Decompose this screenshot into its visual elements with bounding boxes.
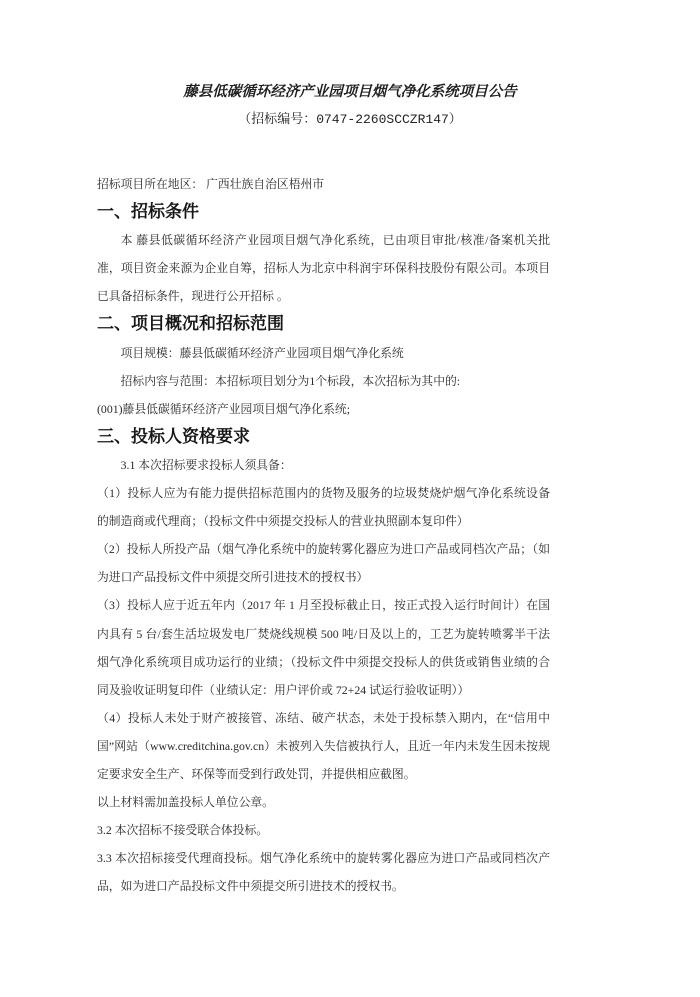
section-heading-project-overview: 二、项目概况和招标范围 <box>97 310 550 338</box>
section-heading-bidder-qualifications: 三、投标人资格要求 <box>97 423 550 451</box>
location-line: 招标项目所在地区： 广西壮族自治区梧州市 <box>97 170 550 198</box>
para-requirement-3: （3）投标人应于近五年内（2017 年 1 月至投标截止日，按正式投入运行时间计… <box>97 591 550 703</box>
para-clause-3-2: 3.2 本次招标不接受联合体投标。 <box>97 816 550 844</box>
section-heading-bidding-conditions: 一、招标条件 <box>97 198 550 226</box>
para-clause-3-3: 3.3 本次招标接受代理商投标。烟气净化系统中的旋转雾化器应为进口产品或同档次产… <box>97 844 550 900</box>
para-bidding-conditions: 本 藤县低碳循环经济产业园项目烟气净化系统，已由项目审批/核准/备案机关批准，项… <box>97 226 550 310</box>
para-bid-scope: 招标内容与范围：本招标项目划分为1个标段，本次招标为其中的: <box>97 367 550 395</box>
para-project-scale: 项目规模：藤县低碳循环经济产业园项目烟气净化系统 <box>97 339 550 367</box>
para-requirement-4: （4）投标人未处于财产被接管、冻结、破产状态，未处于投标禁入期内，在“信用中国”… <box>97 704 550 788</box>
document-page: 藤县低碳循环经济产业园项目烟气净化系统项目公告 （招标编号：0747-2260S… <box>0 0 700 997</box>
document-body: 招标项目所在地区： 广西壮族自治区梧州市 一、招标条件 本 藤县低碳循环经济产业… <box>97 170 550 900</box>
para-seal-note: 以上材料需加盖投标人单位公章。 <box>97 788 550 816</box>
header-gap <box>0 134 700 170</box>
para-lot-001: (001)藤县低碳循环经济产业园项目烟气净化系统; <box>97 395 550 423</box>
para-requirement-2: （2）投标人所投产品（烟气净化系统中的旋转雾化器应为进口产品或同档次产品；（如为… <box>97 535 550 591</box>
document-title: 藤县低碳循环经济产业园项目烟气净化系统项目公告 <box>0 78 700 106</box>
para-requirement-1: （1）投标人应为有能力提供招标范围内的货物及服务的垃圾焚烧炉烟气净化系统设备的制… <box>97 479 550 535</box>
tender-number-line: （招标编号：0747-2260SCCZR147） <box>0 106 700 134</box>
document-header: 藤县低碳循环经济产业园项目烟气净化系统项目公告 （招标编号：0747-2260S… <box>0 0 700 134</box>
para-clause-3-1: 3.1 本次招标要求投标人须具备： <box>97 451 550 479</box>
